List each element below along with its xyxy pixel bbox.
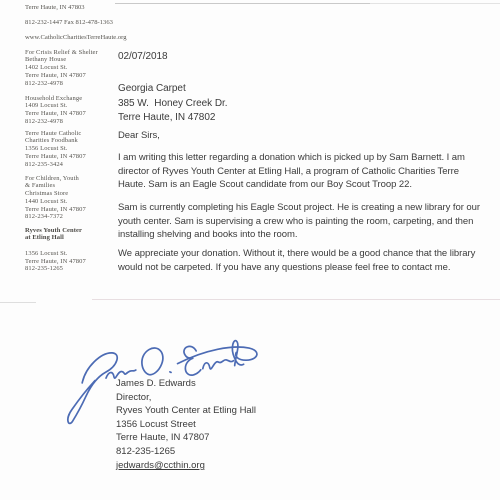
sidebar-section-lines: Terre Haute Catholic Charities Foodbank …: [25, 130, 86, 168]
fold-line: [92, 299, 500, 300]
signature-block: James D. Edwards Director, Ryves Youth C…: [116, 377, 256, 459]
sidebar-section-christmas-store: For Children, Youth & Families Christmas…: [25, 167, 86, 221]
letter-date: 02/07/2018: [118, 50, 168, 64]
sidebar-section-title: Ryves Youth Center at Etling Hall: [25, 227, 82, 242]
signature-lwar-stroke: [202, 360, 233, 370]
salutation: Dear Sirs,: [118, 129, 160, 143]
sidebar-section-lines: For Children, Youth & Families Christmas…: [25, 175, 86, 221]
letter-paragraph: I am writing this letter regarding a don…: [118, 151, 482, 192]
fold-line-left: [0, 302, 36, 303]
letterhead-phone-fax: 812-232-1447 Fax 812-478-1363: [25, 19, 127, 27]
signature-e-stroke: [184, 346, 201, 375]
sidebar-section-lines: 1356 Locust St. Terre Haute, IN 47807 81…: [25, 250, 86, 272]
sidebar-section-lines: Household Exchange 1409 Locust St. Terre…: [25, 95, 86, 125]
letterhead-website: www.CatholicCharitiesTerreHaute.org: [25, 34, 127, 42]
signature-d-loop: [141, 348, 163, 375]
email-address: jedwards@ccthin.org: [116, 460, 205, 471]
scan-edge-line-faint: [370, 3, 500, 4]
scan-edge-line: [115, 3, 370, 4]
sidebar-section-bethany-house: For Crisis Relief & Shelter Bethany Hous…: [25, 41, 98, 87]
signature-d2-stroke: [232, 340, 244, 365]
sidebar-section-household-exchange: Household Exchange 1409 Locust St. Terre…: [25, 87, 86, 126]
signature-j-stroke: [66, 353, 119, 424]
sidebar-section-lines: For Crisis Relief & Shelter Bethany Hous…: [25, 49, 98, 87]
letter-paragraph: We appreciate your donation. Without it,…: [118, 247, 482, 274]
sidebar-section-ryves-youth-center: Ryves Youth Center at Etling Hall 1356 L…: [25, 219, 86, 273]
scanned-letter-page: Terre Haute, IN 47803 812-232-1447 Fax 8…: [0, 0, 500, 500]
signature-d-dot: [170, 372, 171, 373]
letterhead-city-line-clipped: Terre Haute, IN 47803: [25, 4, 127, 12]
recipient-address: Georgia Carpet 385 W. Honey Creek Dr. Te…: [118, 82, 227, 126]
letter-paragraph: Sam is currently completing his Eagle Sc…: [118, 201, 482, 242]
sidebar-section-foodbank: Terre Haute Catholic Charities Foodbank …: [25, 122, 86, 168]
